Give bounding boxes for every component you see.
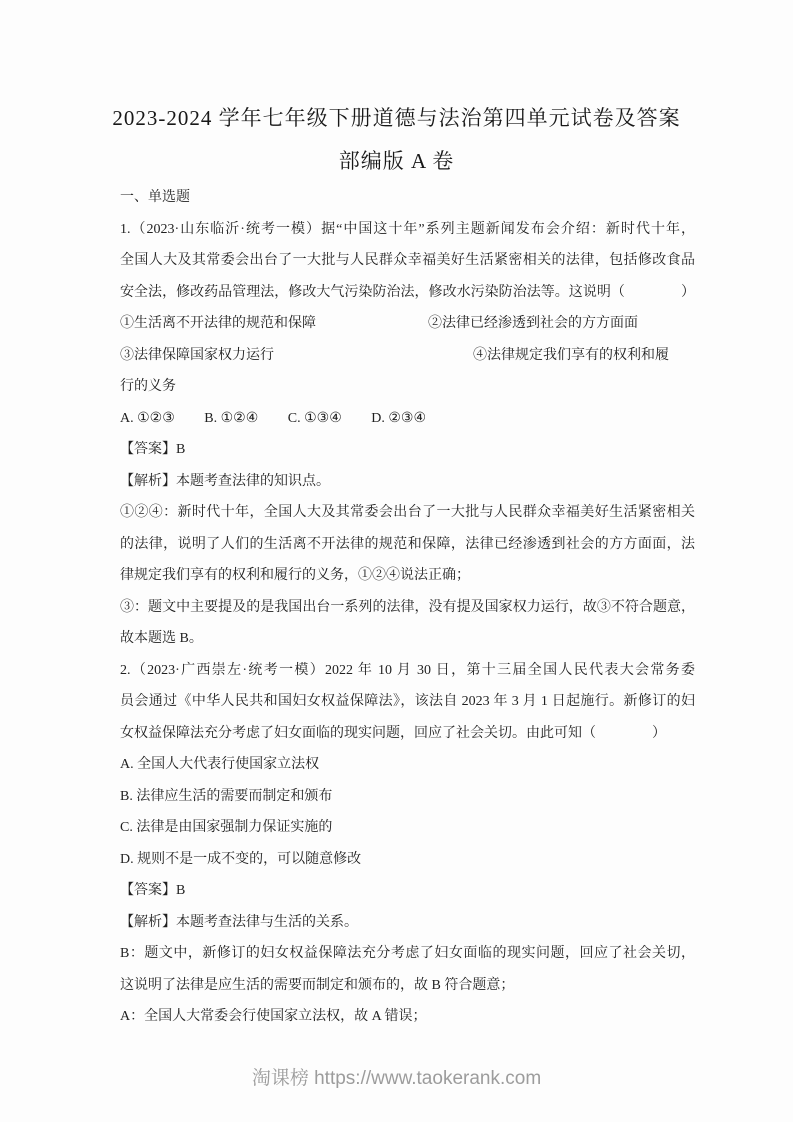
- q1-choice-b: B. ①②④: [204, 403, 258, 435]
- q2-option-d: D. 规则不是一成不变的，可以随意修改: [120, 844, 695, 876]
- document-page: 2023-2024 学年七年级下册道德与法治第四单元试卷及答案 部编版 A 卷 …: [0, 0, 793, 1122]
- q1-stem-line: 安全法，修改药品管理法，修改大气污染防治法，修改水污染防治法等。这说明（ ）: [120, 277, 695, 309]
- q1-analysis-line: 故本题选 B。: [120, 623, 695, 655]
- q2-answer: 【答案】B: [120, 875, 695, 907]
- q2-analysis-line: A：全国人大常委会行使国家立法权，故 A 错误；: [120, 1001, 695, 1033]
- q1-analysis-line: 的法律，说明了人们的生活离不开法律的规范和保障，法律已经渗透到社会的方方面面，法: [120, 529, 695, 561]
- q1-choice-a: A. ①②③: [120, 403, 175, 435]
- q2-stem-line: 女权益保障法充分考虑了妇女面临的现实问题，回应了社会关切。由此可知（ ）: [120, 718, 695, 750]
- q1-choices-row: A. ①②③ B. ①②④ C. ①③④ D. ②③④: [120, 403, 695, 435]
- q2-option-c: C. 法律是由国家强制力保证实施的: [120, 812, 695, 844]
- exam-body: 一、单选题 1.（2023·山东临沂·统考一模）据“中国这十年”系列主题新闻发布…: [120, 182, 695, 1033]
- exam-title: 2023-2024 学年七年级下册道德与法治第四单元试卷及答案: [0, 97, 793, 140]
- q2-analysis-line: 这说明了法律是应生活的需要而制定和颁布的，故 B 符合题意；: [120, 970, 695, 1002]
- exam-subtitle: 部编版 A 卷: [0, 140, 793, 183]
- q1-statement-4-continuation: 行的义务: [120, 371, 695, 403]
- q1-choice-c: C. ①③④: [288, 403, 342, 435]
- q1-choice-d: D. ②③④: [371, 403, 426, 435]
- section-heading: 一、单选题: [120, 182, 695, 214]
- q2-stem-line: 2.（2023·广西崇左·统考一模）2022 年 10 月 30 日，第十三届全…: [120, 655, 695, 687]
- q1-statement-4: ④法律规定我们享有的权利和履: [473, 340, 669, 372]
- q1-analysis-line: 【解析】本题考查法律的知识点。: [120, 466, 695, 498]
- q2-analysis-line: 【解析】本题考查法律与生活的关系。: [120, 907, 695, 939]
- q1-statements-row: ①生活离不开法律的规范和保障 ②法律已经渗透到社会的方方面面: [120, 308, 695, 340]
- footer-site-text: 淘课榜 https://www.taokerank.com: [0, 1063, 793, 1090]
- q1-statement-1: ①生活离不开法律的规范和保障: [120, 316, 316, 331]
- q1-stem-line: 全国人大及其常委会出台了一大批与人民群众幸福美好生活紧密相关的法律，包括修改食品: [120, 245, 695, 277]
- q2-stem-line: 员会通过《中华人民共和国妇女权益保障法》，该法自 2023 年 3 月 1 日起…: [120, 686, 695, 718]
- q1-analysis-line: ①②④：新时代十年，全国人大及其常委会出台了一大批与人民群众幸福美好生活紧密相关: [120, 497, 695, 529]
- q1-statement-2: ②法律已经渗透到社会的方方面面: [428, 308, 638, 340]
- q1-analysis-line: 律规定我们享有的权利和履行的义务，①②④说法正确；: [120, 560, 695, 592]
- title-block: 2023-2024 学年七年级下册道德与法治第四单元试卷及答案 部编版 A 卷: [0, 97, 793, 183]
- q2-option-a: A. 全国人大代表行使国家立法权: [120, 749, 695, 781]
- q1-stem-line: 1.（2023·山东临沂·统考一模）据“中国这十年”系列主题新闻发布会介绍：新时…: [120, 214, 695, 246]
- q2-option-b: B. 法律应生活的需要而制定和颁布: [120, 781, 695, 813]
- q1-analysis-line: ③：题文中主要提及的是我国出台一系列的法律，没有提及国家权力运行，故③不符合题意…: [120, 592, 695, 624]
- q1-answer: 【答案】B: [120, 434, 695, 466]
- q1-statements-row: ③法律保障国家权力运行 ④法律规定我们享有的权利和履: [120, 340, 695, 372]
- q2-analysis-line: B：题文中，新修订的妇女权益保障法充分考虑了妇女面临的现实问题，回应了社会关切，: [120, 938, 695, 970]
- q1-statement-3: ③法律保障国家权力运行: [120, 348, 274, 363]
